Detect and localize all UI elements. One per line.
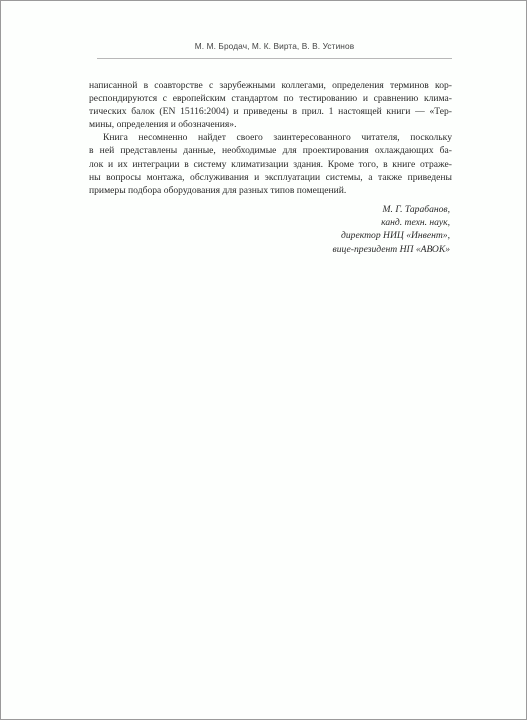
signature-position: директор НИЦ «Инвент», [333,229,450,242]
text-line: примеры подбора оборудования для разных … [89,184,452,197]
header-rule-divider [97,58,452,59]
signature-degree: канд. техн. наук, [333,216,450,229]
paragraph-2: Книга несомненно найдет своего заинтерес… [89,131,452,196]
text-line: тических балок (EN 15116:2004) и приведе… [89,105,452,118]
document-page: М. М. Бродач, М. К. Вирта, В. В. Устинов… [0,0,527,720]
signature-position-2: вице-президент НП «АВОК» [333,243,450,256]
text-line: ны вопросы монтажа, обслуживания и экспл… [89,171,452,184]
running-head-authors: М. М. Бродач, М. К. Вирта, В. В. Устинов [97,41,452,51]
text-line: в ней представлены данные, необходимые д… [89,144,452,157]
body-text: написанной в соавторстве с зарубежными к… [89,79,452,197]
text-line: лок и их интеграции в систему климатизац… [89,158,452,171]
signature-block: М. Г. Тарабанов, канд. техн. наук, дирек… [333,203,450,256]
paragraph-1: написанной в соавторстве с зарубежными к… [89,79,452,131]
text-line: написанной в соавторстве с зарубежными к… [89,79,452,92]
text-line: мины, определения и обозначения». [89,118,452,131]
signature-name: М. Г. Тарабанов, [333,203,450,216]
text-line: респондируются с европейским стандартом … [89,92,452,105]
text-line: Книга несомненно найдет своего заинтерес… [89,131,452,144]
